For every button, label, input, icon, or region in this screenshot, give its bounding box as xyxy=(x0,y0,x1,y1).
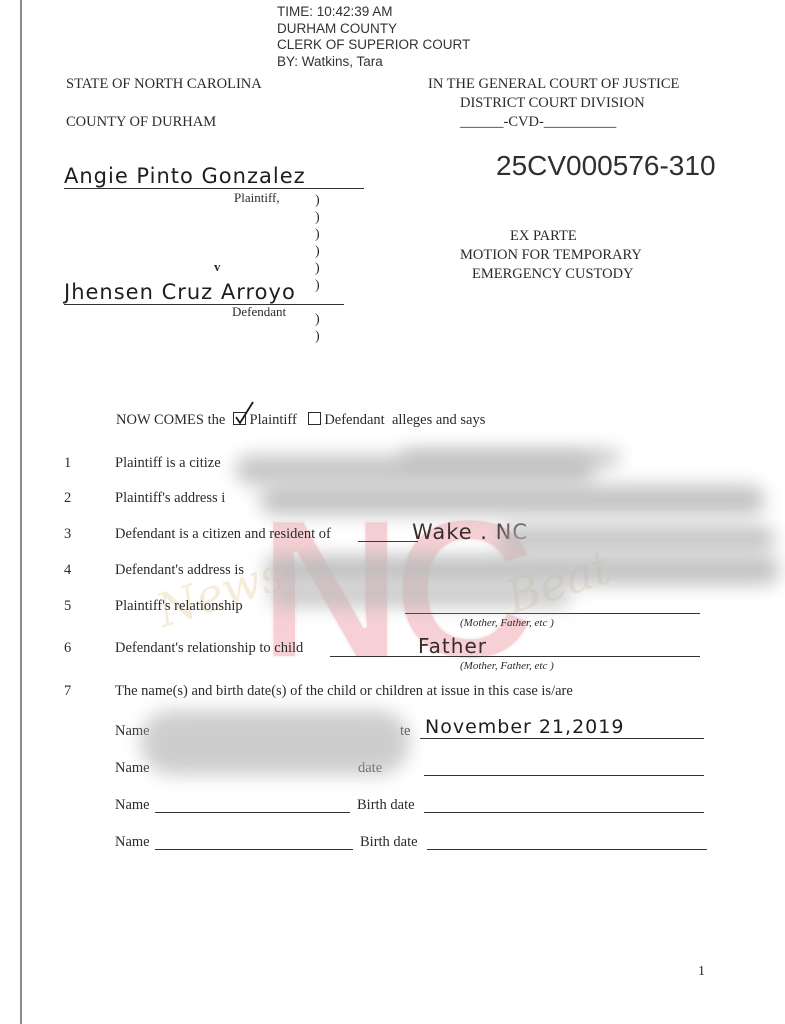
court-heading: IN THE GENERAL COURT OF JUSTICE xyxy=(428,76,679,93)
file-number-line: ______-CVD-__________ xyxy=(460,114,616,131)
redaction-blur xyxy=(270,585,570,607)
page-margin-line xyxy=(20,0,22,1024)
plaintiff-checkbox[interactable] xyxy=(233,412,246,425)
defendant-name: Jhensen Cruz Arroyo xyxy=(64,280,296,304)
allegation-num: 3 xyxy=(64,526,71,543)
defendant-relationship-value: Father xyxy=(418,634,487,658)
stamp-county: DURHAM COUNTY xyxy=(277,21,470,38)
relationship-hint: (Mother, Father, etc ) xyxy=(460,617,554,629)
allegation-num: 2 xyxy=(64,490,71,507)
stamp-by: BY: Watkins, Tara xyxy=(277,54,470,71)
child-name-label: Name xyxy=(115,797,150,814)
redaction-blur xyxy=(265,555,780,585)
filing-stamp: TIME: 10:42:39 AM DURHAM COUNTY CLERK OF… xyxy=(277,4,470,70)
intro-line: NOW COMES the Plaintiff Defendant allege… xyxy=(116,412,485,429)
allegation-num: 1 xyxy=(64,455,71,472)
plaintiff-label: Plaintiff, xyxy=(234,190,280,206)
case-number: 25CV000576-310 xyxy=(496,150,716,182)
plaintiff-name: Angie Pinto Gonzalez xyxy=(64,164,306,188)
defendant-checkbox[interactable] xyxy=(308,412,321,425)
allegation-text: Plaintiff is a citize xyxy=(115,455,221,472)
allegation-text: Defendant's address is xyxy=(115,562,244,579)
county-heading: COUNTY OF DURHAM xyxy=(66,114,216,131)
relationship-hint: (Mother, Father, etc ) xyxy=(460,660,554,672)
allegation-num: 4 xyxy=(64,562,71,579)
state-heading: STATE OF NORTH CAROLINA xyxy=(66,76,262,93)
allegation-text: Plaintiff's relationship xyxy=(115,598,243,615)
defendant-label: Defendant xyxy=(232,304,286,320)
allegation-num: 7 xyxy=(64,683,71,700)
child-name-label: Name xyxy=(115,834,150,851)
redaction-blur xyxy=(400,448,620,468)
stamp-office: CLERK OF SUPERIOR COURT xyxy=(277,37,470,54)
title-line3: EMERGENCY CUSTODY xyxy=(472,266,634,283)
defendant-option-label: Defendant xyxy=(324,412,384,428)
allegation-text: Plaintiff's address i xyxy=(115,490,225,507)
caption-brackets: )))))))) xyxy=(315,192,320,345)
intro-suffix: alleges and says xyxy=(392,412,485,428)
child-birthdate-value: November 21,2019 xyxy=(425,716,624,738)
stamp-time: TIME: 10:42:39 AM xyxy=(277,4,470,21)
intro-prefix: NOW COMES the xyxy=(116,412,225,428)
versus-label: v xyxy=(214,259,221,275)
child-birth-label: Birth date xyxy=(360,834,418,851)
title-line2: MOTION FOR TEMPORARY xyxy=(460,247,642,264)
allegation-text: The name(s) and birth date(s) of the chi… xyxy=(115,683,573,700)
title-line1: EX PARTE xyxy=(510,228,577,245)
defendant-name-field: Jhensen Cruz Arroyo xyxy=(64,280,344,305)
allegation-num: 6 xyxy=(64,640,71,657)
redaction-blur xyxy=(140,710,410,775)
child-name-label: Name xyxy=(115,760,150,777)
page-number: 1 xyxy=(698,964,705,980)
division-heading: DISTRICT COURT DIVISION xyxy=(460,95,645,112)
plaintiff-option-label: Plaintiff xyxy=(250,412,297,428)
redaction-blur xyxy=(260,485,765,515)
checkmark-icon xyxy=(235,401,255,425)
allegation-num: 5 xyxy=(64,598,71,615)
plaintiff-name-field: Angie Pinto Gonzalez xyxy=(64,164,364,189)
child-birth-label: Birth date xyxy=(357,797,415,814)
allegation-text: Defendant's relationship to child xyxy=(115,640,303,657)
redaction-blur xyxy=(500,525,775,553)
allegation-text: Defendant is a citizen and resident of xyxy=(115,526,331,543)
